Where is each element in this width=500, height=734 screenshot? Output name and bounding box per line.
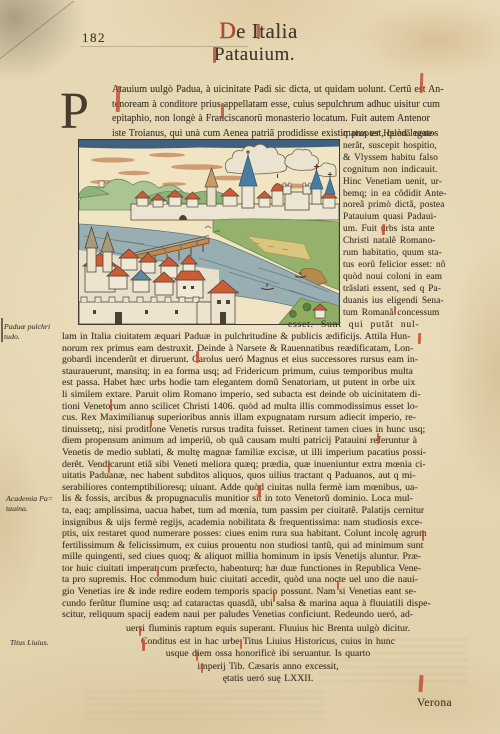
rubrication-mark [240, 639, 242, 649]
subtitle-rest: atauium. [225, 44, 295, 65]
text-line: quòd noui coloni in eam [343, 272, 474, 284]
rubrication-mark [150, 417, 152, 428]
rubrication-mark [157, 566, 159, 577]
text-line: cundo ferũtur flumine usq; ad cataractas… [62, 598, 474, 610]
rubrication-mark [418, 333, 421, 344]
rubrication-mark [110, 399, 112, 411]
text-line: lis & fossis, arcibus & propugnaculis mu… [62, 493, 474, 505]
text-line: ta, eaq; amplissima, uacua habet, tum ad… [62, 505, 474, 517]
rubrication-mark [377, 433, 379, 444]
closing-taper-text: uersi fluminis raptum equis superant. Fl… [62, 623, 474, 686]
text-line: diem propensum animum ad imperiũ, ob quã… [62, 435, 474, 447]
rubrication-mark [257, 24, 260, 39]
text-line: tioni Venetorum anno scilicet Christi 14… [62, 401, 474, 413]
text-line: uitatis Paduanæ, nec habent subditos ali… [62, 470, 474, 482]
text-line: Conditus est in hac urbe Titus Liuius Hi… [62, 636, 474, 649]
text-line: trãslati essent, sed q Pa- [343, 284, 474, 296]
rubrication-mark [196, 651, 198, 661]
text-line: gio Venetias ire & inde redire eodem tem… [62, 586, 474, 598]
margin-note-paduae-pulchritudo: Paduæ pulchritudo. [4, 322, 50, 342]
text-line: q propter Helenã uene- [343, 129, 474, 141]
main-body-text: lam in Italia ciuitatem æquari Paduæ in … [62, 331, 474, 621]
catchword: Verona [417, 697, 452, 709]
text-line: Academia Pa= [6, 494, 53, 504]
text-line: li similem extare. Paruit olim Romano im… [62, 389, 474, 401]
margin-note-titus-livius: Titus Liuius. [10, 638, 49, 648]
text-line: Paduæ pulchri [4, 322, 50, 332]
text-line: Christi natalẽ Romano- [343, 236, 474, 248]
side-column-overflow-line: esset. Sunt qui putãt nul- [288, 319, 419, 330]
text-line: ta pro supremis. Hoc commodum huic ciuit… [62, 574, 474, 586]
text-line: cognitum non indicauit. [343, 165, 474, 177]
fold-crease [0, 1, 74, 61]
text-line: serabiliores contemptibilioresq; uiuant.… [62, 482, 474, 494]
rubrication-mark [196, 351, 199, 363]
text-line: tinuissetq;, nisi proditione Venetis rur… [62, 424, 474, 436]
text-line: tor huic ciuitati imperat cum præfecto, … [62, 563, 474, 575]
text-line: est passa. Habet hæc urbs hodie tam eleg… [62, 377, 474, 389]
text-line: fertilissimum & felicissimum, ex cuius p… [62, 540, 474, 552]
drop-cap-initial: P [60, 84, 89, 140]
text-line: epitaphio, non longè à Franciscanorũ mon… [112, 112, 472, 127]
show-through-text [85, 690, 325, 720]
text-line: Atauium uulgò Padua, à uicinitate Padi s… [112, 83, 472, 98]
title-rest: e Italia [236, 19, 298, 43]
rubrication-mark [139, 626, 141, 636]
rubrication-mark [213, 47, 216, 63]
text-line: tus eorũ felicior esset: nõ [343, 260, 474, 272]
text-line: duanis ius eligendi Sena- [343, 296, 474, 308]
text-line: tum Romanã concessum [343, 308, 474, 320]
text-line: cus. Rex Maximilianus superioribus annis… [62, 412, 474, 424]
rubrication-mark [337, 580, 339, 590]
text-line: staurauerunt, mansitq; in ea forma usq; … [62, 366, 474, 378]
text-line: Hinc Venetiam uenit, ur- [343, 177, 474, 189]
text-line: um. Fuit urbs ista ante [343, 224, 474, 236]
text-line: & Vlyssem habitu falso [343, 153, 474, 165]
page-number: 182 [82, 30, 106, 46]
text-line: norum rex primus eam destruxit. Deinde à… [62, 343, 474, 355]
woodcut-padua-illustration [79, 140, 339, 324]
text-line: insignibus & uijs fermè regijs, academia… [62, 517, 474, 529]
rubrication-mark [108, 461, 110, 473]
title-initial: D [219, 18, 236, 43]
text-line: scitur, reliquum spacij eadem naui per p… [62, 609, 474, 621]
text-line: derẽt. Vendicarunt etiã sibi Veneti meli… [62, 459, 474, 471]
margin-ink-tick [1, 318, 3, 342]
text-line: mille quingenti, sed ciues quoq; & aliqu… [62, 551, 474, 563]
side-column-text: q propter Helenã uene-nerãt, suscepit ho… [343, 129, 474, 320]
rubrication-mark [422, 530, 424, 541]
text-line: usque diem ossa honorificè ibi seruantur… [62, 648, 474, 661]
text-line: imperij Tib. Cæsaris anno excessit, [62, 661, 474, 674]
rubrication-mark [258, 485, 261, 497]
page-subtitle: Patauium. [214, 44, 295, 66]
text-line: Patauium quasi Padaui- [343, 212, 474, 224]
rubrication-mark [273, 592, 275, 602]
rubrication-mark [142, 639, 145, 651]
text-line: nerãt, suscepit hospitio, [343, 141, 474, 153]
rubrication-mark [418, 675, 423, 692]
text-line: tenoream à conditore prius appellatam es… [112, 98, 472, 113]
rubrication-mark [394, 306, 396, 315]
rubrication-mark [116, 86, 120, 112]
text-line: ptis, uix restaret quod numerare posses:… [62, 528, 474, 540]
rubrication-mark [221, 103, 224, 119]
text-line: lam in Italia ciuitatem æquari Paduæ in … [62, 331, 474, 343]
text-line: ętatis ueró suę LXXII. [62, 673, 474, 686]
text-line: Titus Liuius. [10, 638, 49, 648]
text-line: bemq; in ea cõdidit Ante- [343, 189, 474, 201]
text-line: tauina. [6, 504, 53, 514]
book-page: 182 De Italia Patauium. P Atauium uulgò … [0, 0, 500, 734]
rubrication-mark [201, 663, 203, 673]
margin-note-academia-patavina: Academia Pa=tauina. [6, 494, 53, 514]
woodcut-city-view [78, 139, 340, 325]
text-line: gobardi incenderũt et diruerunt. Carolus… [62, 354, 474, 366]
text-line: uersi fluminis raptum equis superant. Fl… [62, 623, 474, 636]
text-line: noreã primò dictã, postea [343, 200, 474, 212]
text-line: tudo. [4, 332, 50, 342]
text-line: rum habitatio, quum sta- [343, 248, 474, 260]
text-line: Venetis de medio sublati, & multę magnæ … [62, 447, 474, 459]
